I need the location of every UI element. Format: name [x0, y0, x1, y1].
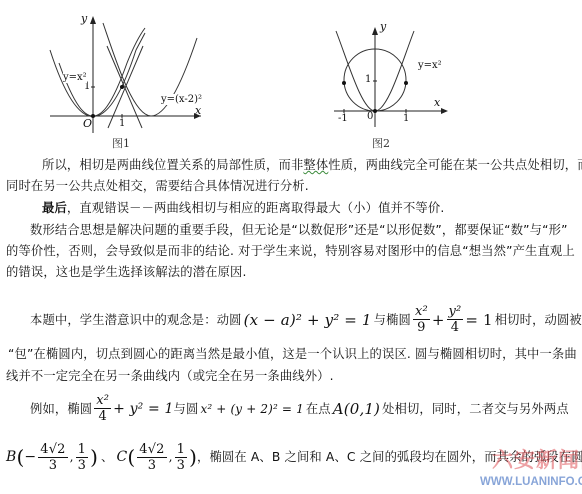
math-equals: = 1	[465, 308, 492, 332]
paragraph-4-line-1: 本题中，学生潜意识中的观念是：动圆 (x − a)² + y² = 1 与椭圆 …	[30, 304, 582, 335]
text: 在点	[306, 397, 331, 421]
text: ，直观错误－－两曲线相切与相应的距离取得最大（小）值并不等价.	[67, 201, 444, 215]
math-fraction: 4√23	[38, 442, 67, 473]
text: 与圆	[174, 397, 199, 421]
fig2-curve-label: y=x²	[418, 60, 442, 71]
fig1-origin-label: O	[83, 117, 92, 130]
math-point-c-label: C	[116, 440, 127, 474]
math-fraction: y²4	[447, 304, 464, 335]
figure-2-graph	[334, 22, 454, 127]
paragraph-4-line-3: 线并不一定完全在另一条曲线内（或完全在另一条曲线外）.	[6, 368, 334, 384]
fig1-curve-right-label: y=(x-2)²	[161, 94, 202, 105]
math-point-b-label: B	[6, 440, 16, 474]
fig2-tick-y: 1	[365, 74, 371, 85]
fig2-origin-label: 0	[367, 111, 373, 122]
figure-2: y x 0 -1 1 1 y=x²	[334, 22, 454, 127]
math-fraction: 4√23	[137, 442, 166, 473]
figure-1: y x O 1 1 y=x² y=(x-2)²	[45, 8, 205, 138]
fig2-x-label: x	[434, 96, 440, 109]
math-fraction: x²4	[94, 393, 111, 424]
fig2-tick-x-pos: 1	[403, 113, 409, 124]
paragraph-4-line-2: “包”在椭圆内，切点到圆心的距离当然是最小值，这是一个认识上的误区. 圆与椭圆相…	[8, 346, 577, 362]
paragraph-5-line-1: 例如，椭圆 x²4 + y² = 1 与圆 x² + (y + 2)² = 1 …	[30, 393, 569, 424]
watermark-url: WWW.LUANINFO.COM	[480, 476, 582, 488]
fig1-tick-x: 1	[119, 118, 125, 129]
math-fraction: 13	[76, 442, 88, 473]
math-circle-equation: x² + (y + 2)² = 1	[200, 397, 303, 421]
bold-heading: 最后	[42, 201, 67, 215]
paragraph-2: 最后，直观错误－－两曲线相切与相应的距离取得最大（小）值并不等价.	[42, 200, 444, 216]
fig1-y-label: y	[81, 12, 87, 25]
fig1-curve-left-label: y=x²	[63, 72, 87, 83]
figure-2-caption: 图2	[372, 135, 390, 151]
fig2-tick-x-neg: -1	[338, 113, 348, 124]
math-fraction: 13	[175, 442, 187, 473]
math-ellipse-rest: + y² = 1	[113, 397, 173, 421]
text: 本题中，学生潜意识中的观念是：动圆	[30, 308, 242, 332]
text: 例如，椭圆	[30, 397, 92, 421]
watermark-chinese: 六安新闻网	[492, 444, 582, 474]
text: 处相切，同时，二者交与另外两点	[382, 397, 569, 421]
math-fraction: x²9	[413, 304, 430, 335]
math-circle-equation: (x − a)² + y² = 1	[244, 308, 372, 332]
figure-1-caption: 图1	[112, 135, 130, 151]
paragraph-3-line-1: 数形结合思想是解决问题的重要手段，但无论是“以数促形”还是“以形促数”，都要保证…	[30, 222, 568, 238]
math-minus: −	[24, 440, 36, 474]
separator: 、	[101, 440, 113, 474]
paragraph-1-line-2: 同时在另一公共点处相交，需要结合具体情况进行分析.	[6, 178, 309, 194]
paragraph-3-line-3: 的错误，这也是学生选择该解法的潜在原因.	[6, 264, 247, 280]
fig2-y-label: y	[380, 20, 386, 33]
paragraph-3-line-2: 的等价性，否则，会导致似是而非的结论. 对于学生来说，特别容易对图形中的信息“想…	[6, 243, 575, 259]
text: 与椭圆	[374, 308, 411, 332]
math-point-a: A(0,1)	[333, 397, 380, 421]
text: 性质，两曲线完全可能在某一公共点处相切，而	[328, 158, 582, 172]
text: 所以，相切是两曲线位置关系的局部性质，而非	[42, 158, 303, 172]
fig1-x-label: x	[195, 104, 201, 117]
paragraph-1-line-1: 所以，相切是两曲线位置关系的局部性质，而非整体性质，两曲线完全可能在某一公共点处…	[42, 157, 582, 173]
spellcheck-underlined-text: 整体	[303, 158, 328, 172]
text: 相切时，动圆被完全	[495, 308, 582, 332]
